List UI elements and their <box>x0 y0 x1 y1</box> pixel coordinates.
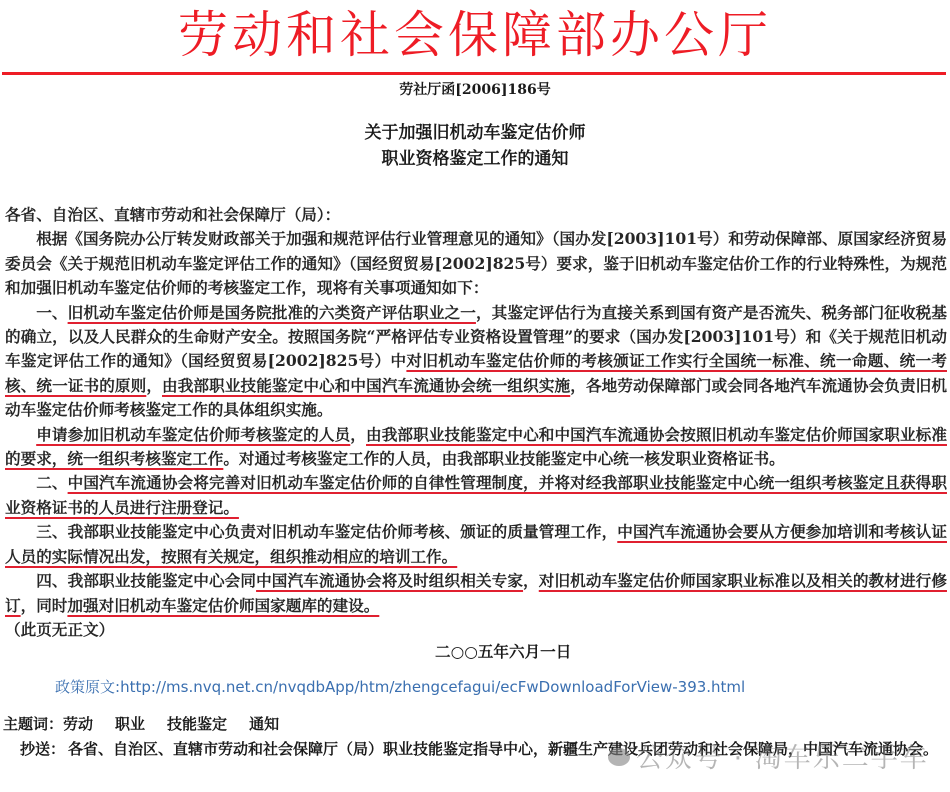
letterhead-red-rule <box>2 72 946 75</box>
text: 。对通过考核鉴定工作的人员，由我部职业技能鉴定中心统一核发职业资格证书。 <box>223 449 784 468</box>
keywords-label: 主题词： <box>3 715 63 733</box>
document-number: 劳社厅函[2006]186号 <box>0 80 950 100</box>
document-title-line1: 关于加强旧机动车鉴定估价师 <box>0 120 950 146</box>
text: ， <box>146 376 162 395</box>
item-number: 一、 <box>36 303 67 322</box>
document-title: 关于加强旧机动车鉴定估价师 职业资格鉴定工作的通知 <box>0 120 950 172</box>
text: ， <box>350 425 366 444</box>
text: 我部职业技能鉴定中心负责对旧机动车鉴定估价师考核、颁证的质量管理工作， <box>68 522 618 541</box>
cc-label: 抄送： <box>20 737 65 761</box>
keyword: 技能鉴定 <box>167 715 227 733</box>
text: ，同时 <box>21 596 68 615</box>
item-number: 二、 <box>36 473 67 492</box>
text: ， <box>523 571 539 590</box>
item-number: 三、 <box>36 522 67 541</box>
highlighted-text: 中国汽车流通协会将及时组织相关专家 <box>256 571 523 590</box>
wechat-icon <box>608 748 630 766</box>
keyword: 通知 <box>249 715 279 733</box>
keyword: 劳动 <box>63 715 93 733</box>
source-label: 政策原文: <box>55 678 120 696</box>
no-text-note: （此页无正文） <box>5 618 947 642</box>
item-2-paragraph: 二、中国汽车流通协会将完善对旧机动车鉴定估价师的自律性管理制度，并将对经我部职业… <box>5 471 947 520</box>
intro-paragraph: 根据《国务院办公厅转发财政部关于加强和规范评估行业管理意见的通知》（国办发[20… <box>5 227 947 300</box>
item-1b-paragraph: 申请参加旧机动车鉴定估价师考核鉴定的人员，由我部职业技能鉴定中心和中国汽车流通协… <box>5 423 947 472</box>
highlighted-text: 中国汽车流通协会将完善对旧机动车鉴定估价师的自律性管理制度，并将对经我部职业技能… <box>5 473 947 516</box>
salutation: 各省、自治区、直辖市劳动和社会保障厅（局）： <box>5 203 947 227</box>
item-1-paragraph: 一、旧机动车鉴定估价师是国务院批准的六类资产评估职业之一，其鉴定评估行为直接关系… <box>5 301 947 423</box>
text: 我部职业技能鉴定中心会同 <box>68 571 256 590</box>
highlighted-text: 由我部职业技能鉴定中心和中国汽车流通协会统一组织实施 <box>162 376 570 395</box>
watermark-text: 公众号 · 淘车乐二手车 <box>636 743 929 774</box>
keyword: 职业 <box>115 715 145 733</box>
item-number: 四、 <box>36 571 67 590</box>
policy-source: 政策原文:http://ms.nvq.net.cn/nvqdbApp/htm/z… <box>55 677 745 697</box>
document-date: 二○○五年六月一日 <box>435 640 571 662</box>
watermark: 公众号 · 淘车乐二手车 <box>608 742 929 776</box>
item-3-paragraph: 三、我部职业技能鉴定中心负责对旧机动车鉴定估价师考核、颁证的质量管理工作，中国汽… <box>5 520 947 569</box>
keywords-row: 主题词：劳动职业技能鉴定通知 <box>3 713 301 735</box>
document-title-line2: 职业资格鉴定工作的通知 <box>0 146 950 172</box>
highlighted-text: 申请参加旧机动车鉴定估价师考核鉴定的人员 <box>36 425 350 444</box>
highlighted-text: 加强对旧机动车鉴定估价师国家题库的建设。 <box>67 596 379 615</box>
org-letterhead-title: 劳动和社会保障部办公厅 <box>0 4 950 66</box>
item-4-paragraph: 四、我部职业技能鉴定中心会同中国汽车流通协会将及时组织相关专家，对旧机动车鉴定估… <box>5 569 947 618</box>
document-body: 各省、自治区、直辖市劳动和社会保障厅（局）： 根据《国务院办公厅转发财政部关于加… <box>5 203 947 642</box>
highlighted-text: 旧机动车鉴定估价师是国务院批准的六类资产评估职业之一 <box>68 303 476 322</box>
source-url-link[interactable]: http://ms.nvq.net.cn/nvqdbApp/htm/zhengc… <box>120 678 745 696</box>
